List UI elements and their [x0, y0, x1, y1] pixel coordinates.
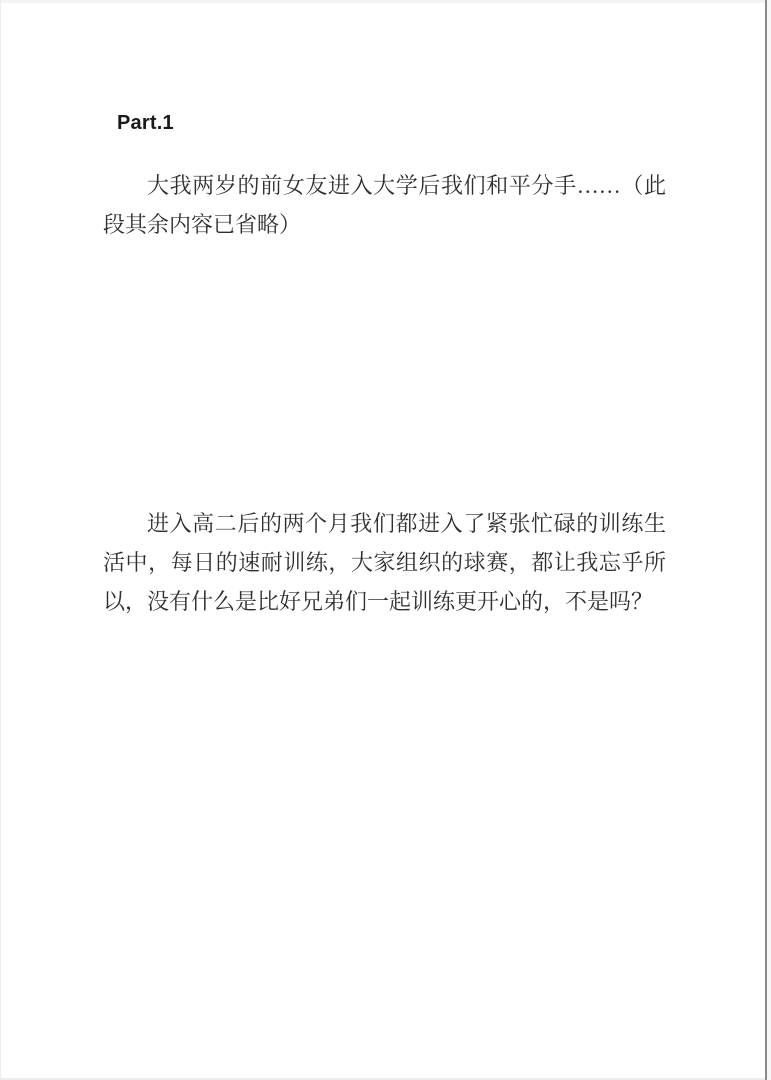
page-edge-left — [0, 0, 1, 1080]
section-heading: Part.1 — [117, 112, 174, 135]
paragraph-2: 进入高二后的两个月我们都进入了紧张忙碌的训练生活中，每日的速耐训练，大家组织的球… — [103, 504, 666, 621]
document-page: Part.1 大我两岁的前女友进入大学后我们和平分手……（此段其余内容已省略） … — [0, 0, 771, 1080]
paragraph-1: 大我两岁的前女友进入大学后我们和平分手……（此段其余内容已省略） — [103, 166, 666, 466]
page-edge-right-strip — [767, 0, 771, 1080]
page-edge-top — [0, 0, 771, 3]
